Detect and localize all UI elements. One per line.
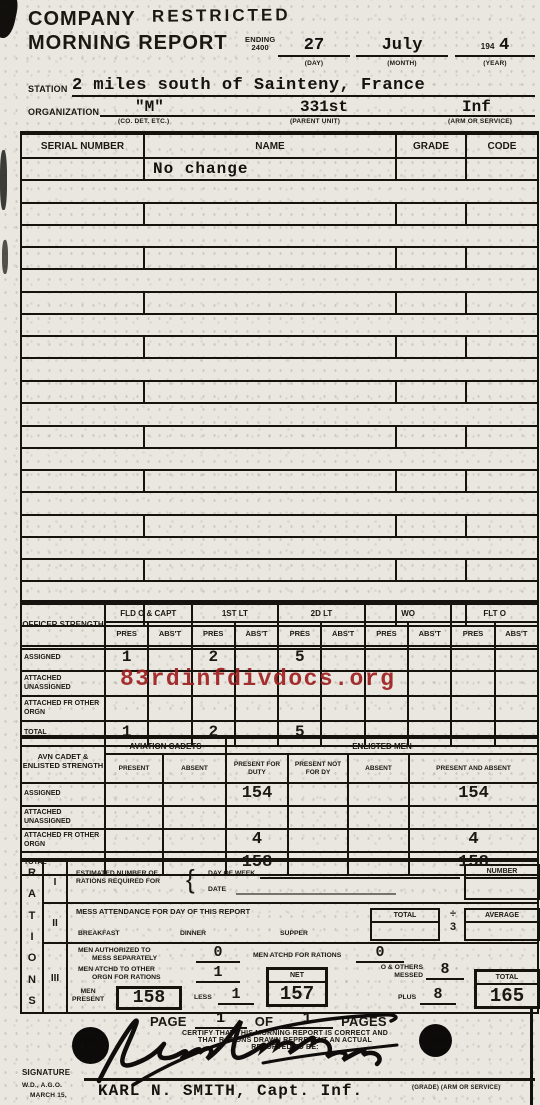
officer-subcols: PRESABS'T bbox=[279, 623, 364, 645]
officer-subcols: PRESABS'T bbox=[366, 623, 451, 645]
auth-label-line1: MEN AUTHORIZED TO bbox=[78, 947, 151, 954]
average-label: AVERAGE bbox=[466, 910, 538, 923]
atchd-other-orgn-label: MEN ATCHD TO OTHER ORGN FOR RATIONS bbox=[78, 966, 161, 982]
cadet-enlisted-subheader: PRESENT ABSENT PRESENT FOR DUTY PRESENT … bbox=[106, 755, 537, 782]
organization-parent: 331st bbox=[300, 98, 348, 116]
name-cell bbox=[145, 560, 397, 580]
punch-hole-left bbox=[72, 1027, 109, 1064]
number-box: NUMBER bbox=[464, 864, 540, 900]
cadet-value-cell bbox=[106, 784, 164, 805]
name-cell bbox=[145, 471, 397, 491]
grade-cell bbox=[397, 560, 467, 580]
cadet-value-cell bbox=[289, 807, 349, 828]
signature-label: SIGNATURE bbox=[22, 1068, 70, 1077]
brace-glyph: { bbox=[186, 864, 195, 895]
rations-total-label: TOTAL bbox=[477, 972, 537, 985]
auth-value: 0 bbox=[196, 944, 240, 963]
roster-header-row: SERIAL NUMBER NAME GRADE CODE bbox=[22, 135, 537, 159]
officer-group: FLD O & CAPTPRESABS'T bbox=[106, 604, 193, 645]
cadet-value-cell bbox=[106, 807, 164, 828]
men-present-label: MEN PRESENT bbox=[72, 988, 104, 1004]
roster-row: No change bbox=[22, 159, 537, 181]
estimated-label-line2: RATIONS REQUIRED FOR bbox=[76, 878, 160, 885]
name-cell: No change bbox=[145, 159, 397, 179]
atchd-other-value: 1 bbox=[196, 964, 240, 983]
officer-row-label: ATTACHED UNASSIGNED bbox=[22, 672, 106, 695]
atchd-other-line2: ORGN FOR RATIONS bbox=[78, 974, 161, 981]
breakfast-label: BREAKFAST bbox=[78, 930, 120, 938]
grade-cell bbox=[397, 293, 467, 313]
name-cell bbox=[145, 337, 397, 357]
roster-body: No change bbox=[22, 159, 537, 648]
roster-spacer bbox=[22, 449, 537, 472]
roster-table: SERIAL NUMBER NAME GRADE CODE No change bbox=[20, 131, 539, 650]
roster-row bbox=[22, 248, 537, 270]
cadet-value-cell bbox=[349, 784, 410, 805]
cadet-row: ASSIGNED154154 bbox=[22, 782, 537, 805]
column-header-serial-number: SERIAL NUMBER bbox=[22, 135, 145, 157]
officer-subcols: PRESABS'T bbox=[193, 623, 278, 645]
cadet-enlisted-row-header: AVN CADET & ENLISTED STRENGTH bbox=[22, 739, 106, 782]
cadet-enlisted-table: AVN CADET & ENLISTED STRENGTH AVIATION C… bbox=[20, 735, 539, 876]
rations-letter: N bbox=[28, 974, 36, 986]
officer-strength-header: OFFICER STRENGTH FLD O & CAPTPRESABS'T1S… bbox=[22, 604, 537, 645]
serial-number-cell bbox=[22, 382, 145, 402]
officer-value-cell bbox=[149, 697, 192, 720]
grade-cell bbox=[397, 382, 467, 402]
officer-value-cell bbox=[496, 672, 537, 695]
officer-group: 2D LTPRESABS'T bbox=[279, 604, 366, 645]
col-present: PRESENT bbox=[106, 755, 164, 782]
officer-subcols: PRESABS'T bbox=[106, 623, 191, 645]
roster-row bbox=[22, 382, 537, 404]
year-caption: (YEAR) bbox=[455, 60, 535, 67]
section-1-numeral: I bbox=[44, 862, 68, 902]
pres-subcol: PRES bbox=[452, 623, 495, 645]
officer-group: 1ST LTPRESABS'T bbox=[193, 604, 280, 645]
roster-spacer bbox=[22, 359, 537, 382]
year-prefix: 194 bbox=[481, 42, 495, 51]
name-cell bbox=[145, 204, 397, 224]
abst-subcol: ABS'T bbox=[149, 623, 190, 645]
rations-total-value: 165 bbox=[477, 985, 537, 1007]
cadet-row-label: ATTACHED UNASSIGNED bbox=[22, 807, 106, 828]
date-label: DATE bbox=[208, 886, 226, 894]
date-field bbox=[236, 879, 396, 895]
messed-line1: O & OTHERS bbox=[381, 964, 423, 971]
name-cell bbox=[145, 293, 397, 313]
roster-row bbox=[22, 204, 537, 226]
code-cell bbox=[467, 382, 537, 402]
abst-subcol: ABS'T bbox=[496, 623, 537, 645]
pres-subcol: PRES bbox=[366, 623, 409, 645]
ending-value-label: 2400 bbox=[251, 43, 269, 52]
divide-symbol: ÷ bbox=[450, 908, 456, 920]
year-field: 194 4 bbox=[455, 36, 535, 57]
serial-number-cell bbox=[22, 560, 145, 580]
mess-separately-label: MEN AUTHORIZED TO MESS SEPARATELY bbox=[78, 947, 157, 963]
roster-spacer bbox=[22, 181, 537, 204]
pres-subcol: PRES bbox=[193, 623, 236, 645]
plus-label: PLUS bbox=[398, 994, 416, 1002]
officer-value-cell bbox=[409, 647, 452, 670]
organization-label: ORGANIZATION bbox=[28, 107, 99, 117]
day-field: 27 bbox=[278, 36, 350, 57]
grade-caption: (GRADE) (ARM OR SERVICE) bbox=[412, 1085, 500, 1091]
officer-subcols: PRESABS'T bbox=[452, 623, 537, 645]
roster-spacer bbox=[22, 493, 537, 516]
supper-label: SUPPER bbox=[280, 930, 308, 938]
officer-value-cell bbox=[193, 697, 236, 720]
officer-group-label: FLD O & CAPT bbox=[106, 604, 191, 623]
organization-unit: "M" bbox=[135, 98, 164, 116]
code-cell bbox=[467, 560, 537, 580]
officer-group-label: 2D LT bbox=[279, 604, 364, 623]
cadet-value-cell bbox=[106, 830, 164, 851]
column-header-grade: GRADE bbox=[397, 135, 467, 157]
cadet-value-cell: 154 bbox=[227, 784, 289, 805]
station-label: STATION bbox=[28, 84, 68, 94]
year-value: 4 bbox=[499, 36, 509, 55]
serial-number-cell bbox=[22, 337, 145, 357]
officer-value-cell bbox=[496, 647, 537, 670]
mess-attendance-title: MESS ATTENDANCE FOR DAY OF THIS REPORT bbox=[76, 908, 250, 917]
officer-group-label: WO bbox=[366, 604, 451, 623]
estimated-rations-label: ESTIMATED NUMBER OF RATIONS REQUIRED FOR bbox=[76, 870, 160, 886]
code-cell bbox=[467, 471, 537, 491]
less-label: LESS bbox=[194, 994, 212, 1002]
officer-row-label: ATTACHED FR OTHER ORGN bbox=[22, 697, 106, 720]
number-box-label: NUMBER bbox=[466, 866, 538, 879]
roster-row bbox=[22, 516, 537, 538]
rations-letter: R bbox=[28, 867, 36, 879]
messed-line2: MESSED bbox=[394, 972, 423, 979]
cadet-row-label: ASSIGNED bbox=[22, 784, 106, 805]
mess-total-box: TOTAL bbox=[370, 908, 440, 941]
officer-value-cell bbox=[236, 697, 279, 720]
col-absent: ABSENT bbox=[164, 755, 227, 782]
rations-letter: A bbox=[28, 888, 36, 900]
section-3-numeral: III bbox=[44, 944, 68, 1012]
roster-spacer bbox=[22, 538, 537, 561]
column-header-name: NAME bbox=[145, 135, 397, 157]
abst-subcol: ABS'T bbox=[322, 623, 363, 645]
officer-value-cell bbox=[452, 697, 495, 720]
roster-row bbox=[22, 293, 537, 315]
roster-spacer bbox=[22, 315, 537, 338]
roster-spacer bbox=[22, 270, 537, 293]
col-present-for-duty: PRESENT FOR DUTY bbox=[227, 755, 289, 782]
net-value: 157 bbox=[269, 983, 325, 1005]
less-value: 1 bbox=[218, 986, 254, 1005]
day-caption: (DAY) bbox=[278, 60, 350, 67]
roster-row bbox=[22, 427, 537, 449]
col-present-not-for-dy: PRESENT NOT FOR DY bbox=[289, 755, 349, 782]
rations-letter: T bbox=[29, 910, 36, 922]
divide-by-three: ÷ 3 bbox=[450, 908, 456, 934]
cadet-value-cell bbox=[164, 830, 227, 851]
serial-number-cell bbox=[22, 248, 145, 268]
officer-group-label: 1ST LT bbox=[193, 604, 278, 623]
code-cell bbox=[467, 427, 537, 447]
rations-letter: I bbox=[30, 931, 33, 943]
grade-cell bbox=[397, 248, 467, 268]
col-present-and-absent: PRESENT AND ABSENT bbox=[410, 755, 537, 782]
grade-cell bbox=[397, 516, 467, 536]
divide-by-value: 3 bbox=[450, 921, 456, 933]
roster-row bbox=[22, 560, 537, 582]
scan-artifact bbox=[2, 240, 8, 274]
form-print-line2: MARCH 15, bbox=[30, 1092, 67, 1099]
cadet-row: ATTACHED UNASSIGNED bbox=[22, 805, 537, 828]
month-field: July bbox=[356, 36, 448, 57]
rations-section-3: III MEN AUTHORIZED TO MESS SEPARATELY 0 … bbox=[44, 944, 537, 1012]
cadet-enlisted-group-header: AVIATION CADETS ENLISTED MEN bbox=[106, 739, 537, 755]
grade-cell bbox=[397, 204, 467, 224]
grade-cell bbox=[397, 159, 467, 179]
serial-number-cell bbox=[22, 516, 145, 536]
present-line2: PRESENT bbox=[72, 996, 104, 1003]
punch-hole-right bbox=[419, 1024, 452, 1057]
mess-total-label: TOTAL bbox=[372, 910, 438, 923]
cadet-value-cell: 4 bbox=[410, 830, 537, 851]
name-cell bbox=[145, 382, 397, 402]
name-cell bbox=[145, 427, 397, 447]
name-cell bbox=[145, 516, 397, 536]
cadet-value-cell bbox=[227, 807, 289, 828]
cadet-value-cell bbox=[410, 807, 537, 828]
form-print-line1: W.D., A.G.O. bbox=[22, 1082, 62, 1089]
officer-value-cell bbox=[452, 672, 495, 695]
grade-cell bbox=[397, 471, 467, 491]
abst-subcol: ABS'T bbox=[409, 623, 450, 645]
serial-number-cell bbox=[22, 471, 145, 491]
rations-section-1: I ESTIMATED NUMBER OF RATIONS REQUIRED F… bbox=[44, 862, 537, 904]
organization-unit-caption: (CO. DET. ETC.) bbox=[118, 118, 169, 125]
atchd-for-rations-label: MEN ATCHD FOR RATIONS bbox=[253, 952, 341, 960]
estimated-label-line1: ESTIMATED NUMBER OF bbox=[76, 870, 158, 877]
code-cell bbox=[467, 159, 537, 179]
atchd-other-line1: MEN ATCHD TO OTHER bbox=[78, 966, 155, 973]
net-box: NET 157 bbox=[266, 967, 328, 1007]
day-of-week-label: DAY OF WEEK bbox=[208, 870, 255, 878]
pres-subcol: PRES bbox=[106, 623, 149, 645]
cadet-row-cells bbox=[106, 807, 537, 828]
form-title-line2: MORNING REPORT bbox=[28, 32, 228, 55]
serial-number-cell bbox=[22, 293, 145, 313]
organization-arm: Inf bbox=[462, 98, 491, 116]
rations-letter: S bbox=[28, 995, 35, 1007]
scan-artifact bbox=[530, 1008, 533, 1105]
abst-subcol: ABS'T bbox=[236, 623, 277, 645]
auth-label-line2: MESS SEPARATELY bbox=[78, 955, 157, 962]
classification-stamp: RESTRICTED bbox=[152, 5, 291, 26]
cadet-value-cell bbox=[289, 784, 349, 805]
cadet-value-cell bbox=[289, 830, 349, 851]
officer-group: WOPRESABS'T bbox=[366, 604, 453, 645]
station-value: 2 miles south of Sainteny, France bbox=[72, 76, 535, 97]
roster-row bbox=[22, 471, 537, 493]
code-cell bbox=[467, 204, 537, 224]
cadet-value-cell bbox=[349, 807, 410, 828]
code-cell bbox=[467, 516, 537, 536]
serial-number-cell bbox=[22, 204, 145, 224]
cadet-value-cell bbox=[164, 807, 227, 828]
enlisted-men-group-label: ENLISTED MEN bbox=[227, 739, 537, 755]
officer-value-cell bbox=[322, 697, 365, 720]
day-value: 27 bbox=[304, 36, 324, 55]
pres-subcol: PRES bbox=[279, 623, 322, 645]
average-box: AVERAGE bbox=[464, 908, 540, 941]
cadet-value-cell bbox=[349, 830, 410, 851]
cadet-value-cell: 154 bbox=[410, 784, 537, 805]
officer-value-cell bbox=[409, 672, 452, 695]
code-cell bbox=[467, 248, 537, 268]
grade-cell bbox=[397, 427, 467, 447]
officer-value-cell bbox=[279, 697, 322, 720]
roster-row bbox=[22, 337, 537, 359]
officer-value-cell bbox=[409, 697, 452, 720]
serial-number-cell bbox=[22, 159, 145, 179]
present-line1: MEN bbox=[81, 988, 96, 995]
form-title-line1: COMPANY bbox=[28, 8, 136, 31]
roster-spacer bbox=[22, 404, 537, 427]
rations-total-box: TOTAL 165 bbox=[474, 969, 540, 1009]
others-messed-label: O & OTHERS MESSED bbox=[363, 964, 423, 980]
scan-artifact bbox=[0, 0, 21, 40]
serial-number-cell bbox=[22, 427, 145, 447]
atchd-for-rations-value: 0 bbox=[356, 944, 404, 963]
day-of-week-field bbox=[260, 863, 460, 879]
messed-value: 8 bbox=[426, 961, 464, 980]
officer-row-label: ASSIGNED bbox=[22, 647, 106, 670]
roster-spacer bbox=[22, 226, 537, 249]
cadet-row: ATTACHED FR OTHER ORGN44 bbox=[22, 828, 537, 851]
rations-section-2: II MESS ATTENDANCE FOR DAY OF THIS REPOR… bbox=[44, 904, 537, 944]
cadet-row-label: ATTACHED FR OTHER ORGN bbox=[22, 830, 106, 851]
rations-section: RATIONS I ESTIMATED NUMBER OF RATIONS RE… bbox=[20, 858, 539, 1014]
organization-arm-caption: (ARM OR SERVICE) bbox=[448, 118, 512, 125]
code-cell bbox=[467, 337, 537, 357]
officer-value-cell bbox=[452, 647, 495, 670]
officer-group-label: FLT O bbox=[452, 604, 537, 623]
ending-2400-label: ENDING 2400 bbox=[245, 36, 275, 53]
cadet-row-cells: 44 bbox=[106, 830, 537, 851]
officer-row-cells bbox=[106, 697, 537, 720]
aviation-cadets-group-label: AVIATION CADETS bbox=[106, 739, 227, 755]
col-absent-2: ABSENT bbox=[349, 755, 410, 782]
month-caption: (MONTH) bbox=[356, 60, 448, 67]
net-label: NET bbox=[269, 970, 325, 983]
cadet-value-cell: 4 bbox=[227, 830, 289, 851]
watermark: 83rdinfdivdocs.org bbox=[120, 666, 395, 692]
cadet-row-cells: 154154 bbox=[106, 784, 537, 805]
cadet-value-cell bbox=[164, 784, 227, 805]
officer-value-cell bbox=[106, 697, 149, 720]
officer-strength-row-header: OFFICER STRENGTH bbox=[22, 604, 106, 645]
officer-group: FLT OPRESABS'T bbox=[452, 604, 537, 645]
dinner-label: DINNER bbox=[180, 930, 206, 938]
organization-parent-caption: (PARENT UNIT) bbox=[290, 118, 340, 125]
grade-cell bbox=[397, 337, 467, 357]
plus-value: 8 bbox=[420, 986, 456, 1005]
signature-image bbox=[85, 1005, 415, 1087]
name-cell bbox=[145, 248, 397, 268]
code-cell bbox=[467, 293, 537, 313]
rations-letter: O bbox=[28, 952, 37, 964]
officer-value-cell bbox=[496, 697, 537, 720]
scan-artifact bbox=[0, 150, 7, 210]
officer-row: ATTACHED FR OTHER ORGN bbox=[22, 695, 537, 720]
officer-value-cell bbox=[366, 697, 409, 720]
column-header-code: CODE bbox=[467, 135, 537, 157]
rations-side-label: RATIONS bbox=[22, 862, 44, 1012]
month-value: July bbox=[382, 36, 423, 55]
section-2-numeral: II bbox=[44, 904, 68, 942]
morning-report-document: RESTRICTED COMPANY MORNING REPORT ENDING… bbox=[0, 0, 540, 1105]
